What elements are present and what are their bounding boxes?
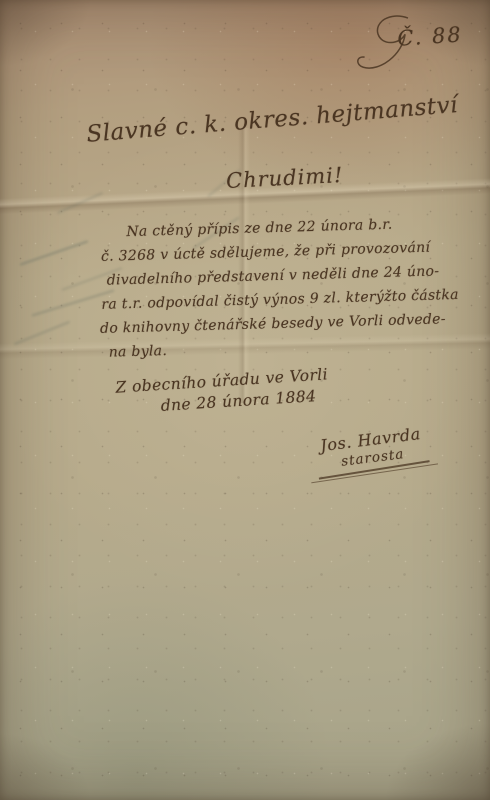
salutation-line-1: Slavné c. k. okres. hejtmanství [86,94,432,148]
ink-bleedthrough-stroke [57,192,103,214]
document-page: Č. 88 Slavné c. k. okres. hejtmanství Ch… [0,0,490,800]
ink-bleedthrough-stroke [14,321,70,345]
body-paragraph: Na ctěný přípis ze dne 22 února b.r. č. … [96,211,452,365]
closing-block: Z obecního úřadu ve Vorli dne 28 února 1… [115,365,330,417]
salutation-line-2: Chrudimi! [225,163,343,193]
reference-number-block: Č. 88 [350,8,470,86]
reference-number: Č. 88 [397,22,464,51]
ink-bleedthrough-stroke [20,240,89,265]
signature-block: Jos. Havrda starosta [290,420,454,483]
